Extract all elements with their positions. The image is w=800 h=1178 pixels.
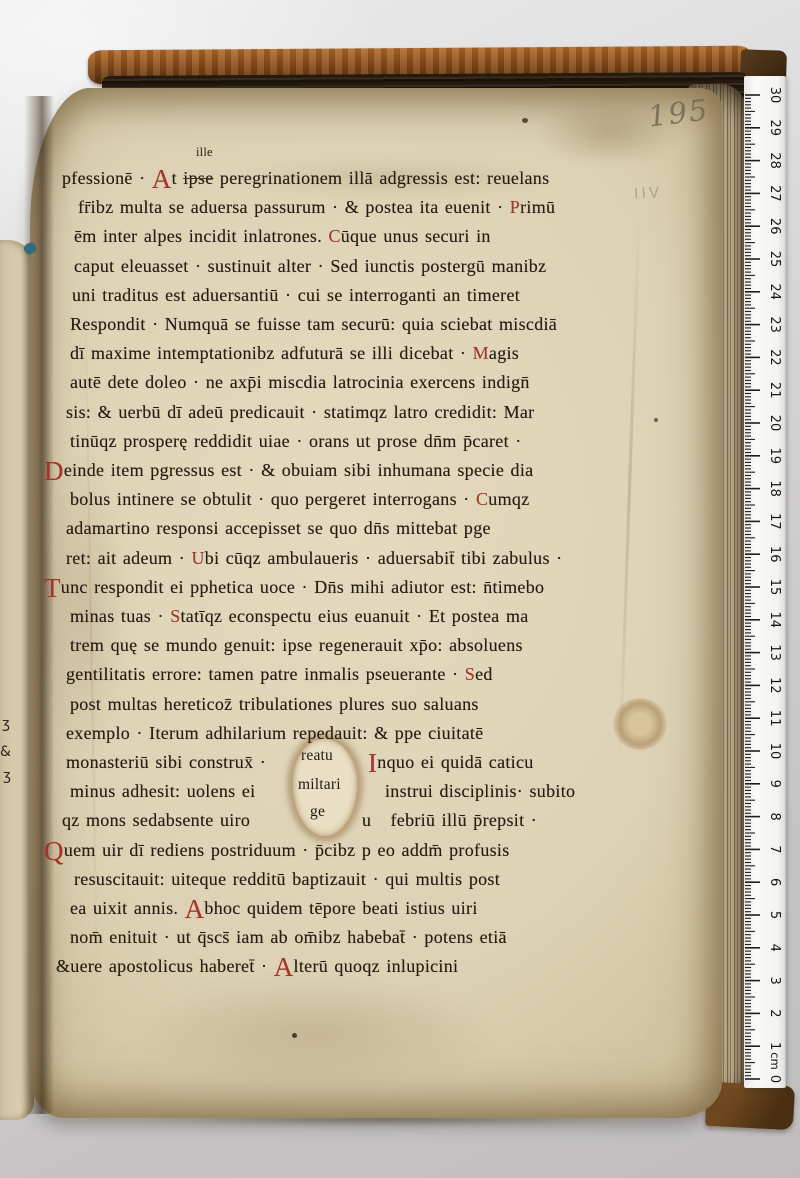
rubric-initial: A xyxy=(185,894,205,924)
svg-text:30: 30 xyxy=(767,87,782,104)
svg-text:29: 29 xyxy=(767,120,782,137)
rubric-initial: T xyxy=(44,573,61,603)
svg-text:1: 1 xyxy=(767,1042,782,1050)
line-text: caput eleuasset · sustinuit alter · Sed … xyxy=(74,256,546,276)
line-text: bolus intinere se obtulit · quo pergeret… xyxy=(70,489,476,509)
rubric-initial: S xyxy=(465,664,475,684)
manuscript-line: post multas hereticoz̄ tribulationes plu… xyxy=(70,691,479,717)
line-text: bhoc quidem tēpore beati istius uiri xyxy=(204,898,477,918)
svg-text:5: 5 xyxy=(767,911,782,919)
rubric-initial: A xyxy=(152,164,172,194)
manuscript-text: pfessionē · At ipse peregrinationem illā… xyxy=(0,0,800,1178)
line-text: tinūqz prosperę reddidit uiae · orans ut… xyxy=(70,431,522,451)
line-text: lterū quoqz inlupicini xyxy=(294,956,459,976)
manuscript-line: Deinde item pgressus est · & obuiam sibi… xyxy=(44,457,533,483)
svg-text:3: 3 xyxy=(767,976,782,984)
svg-text:2: 2 xyxy=(767,1009,782,1017)
manuscript-line: Tunc respondit ei pphetica uoce · Dn̄s m… xyxy=(44,574,544,600)
line-text: ūque unus securi in xyxy=(341,226,491,246)
line-text: unc respondit ei pphetica uoce · Dn̄s mi… xyxy=(61,577,545,597)
manuscript-line: minus adhesit: uolens ei xyxy=(70,778,255,804)
svg-text:12: 12 xyxy=(767,677,782,694)
line-text: fr̄ibz multa se aduersa passurum · & pos… xyxy=(78,197,510,217)
manuscript-line: tinūqz prosperę reddidit uiae · orans ut… xyxy=(70,428,522,454)
line-text: einde item pgressus est · & obuiam sibi … xyxy=(64,460,534,480)
rubric-initial: I xyxy=(368,748,377,778)
svg-text:22: 22 xyxy=(767,349,782,366)
manuscript-line: minas tuas · Statīqz econspectu eius eua… xyxy=(70,603,529,629)
rubric-initial: C xyxy=(476,489,488,509)
rubric-initial: U xyxy=(191,548,204,568)
manuscript-photo: reatumiltarige pfessionē · At ipse pereg… xyxy=(0,0,800,1178)
line-text: ea uixit annis. xyxy=(70,898,185,918)
manuscript-line: sis: & uerbū dī adeū predicauit · statim… xyxy=(66,399,534,425)
rubric-initial: M xyxy=(473,343,489,363)
ruler-scale: 0123456789101112131415161718192021222324… xyxy=(744,76,786,1088)
manuscript-line: trem quę se mundo genuit: ipse regenerau… xyxy=(70,632,523,658)
line-text: post multas hereticoz̄ tribulationes plu… xyxy=(70,694,479,714)
svg-text:cm: cm xyxy=(768,1052,782,1070)
svg-text:24: 24 xyxy=(767,284,782,301)
manuscript-line: Respondit · Numquā se fuisse tam securū:… xyxy=(70,311,557,337)
svg-text:6: 6 xyxy=(767,878,782,886)
svg-text:16: 16 xyxy=(767,546,782,563)
svg-text:27: 27 xyxy=(767,185,782,202)
line-text: agis xyxy=(489,343,519,363)
svg-text:13: 13 xyxy=(767,644,782,661)
svg-text:9: 9 xyxy=(767,780,782,788)
manuscript-line: Inquo ei quidā caticu xyxy=(368,749,534,775)
svg-text:26: 26 xyxy=(767,218,782,235)
svg-text:8: 8 xyxy=(767,812,782,820)
line-text: ipse xyxy=(183,168,213,188)
manuscript-line: dī maxime intemptationibz adfuturā se il… xyxy=(70,340,519,366)
rubric-initial: D xyxy=(44,456,64,486)
manuscript-line: Quem uir dī rediens postriduum · p̄cibz … xyxy=(44,837,510,863)
line-text: sis: & uerbū dī adeū predicauit · statim… xyxy=(66,402,534,422)
line-text: minas tuas · xyxy=(70,606,170,626)
svg-text:0: 0 xyxy=(767,1075,782,1083)
line-text: ed xyxy=(475,664,493,684)
line-text: resuscitauit: uiteque redditū baptizauit… xyxy=(74,869,500,889)
svg-text:4: 4 xyxy=(767,944,782,952)
line-text: pfessionē · xyxy=(62,168,152,188)
rubric-initial: A xyxy=(274,952,294,982)
manuscript-line: exemplo · Iterum adhilarium repedauit: &… xyxy=(66,720,483,746)
line-text: uem uir dī rediens postriduum · p̄cibz p… xyxy=(64,840,510,860)
manuscript-line: ēm inter alpes incidit inlatrones. Cūque… xyxy=(74,223,491,249)
manuscript-line: ret: ait adeum · Ubi cūqz ambulaueris · … xyxy=(66,545,562,571)
line-text: peregrinationem illā adgressis est: reue… xyxy=(214,168,550,188)
interlinear-correction: ille xyxy=(196,145,213,160)
manuscript-line: instrui disciplinis· subito xyxy=(385,778,575,804)
line-text: bi cūqz ambulaueris · aduersabit̄ tibi z… xyxy=(205,548,563,568)
line-text: autē dete doleo · ne axp̄i miscdia latro… xyxy=(70,372,530,392)
manuscript-line: adamartino responsi accepisset se quo dn… xyxy=(66,515,491,541)
line-text: adamartino responsi accepisset se quo dn… xyxy=(66,518,491,538)
manuscript-line: caput eleuasset · sustinuit alter · Sed … xyxy=(74,253,546,279)
line-text: ēm inter alpes incidit inlatrones. xyxy=(74,226,328,246)
line-text: u febriū illū p̄repsit · xyxy=(362,810,537,830)
manuscript-line: gentilitatis errore: tamen patre inmalis… xyxy=(66,661,493,687)
svg-text:25: 25 xyxy=(767,251,782,268)
manuscript-line: &uere apostolicus haberet̄ · Alterū quoq… xyxy=(56,953,458,979)
line-text: gentilitatis errore: tamen patre inmalis… xyxy=(66,664,465,684)
svg-text:23: 23 xyxy=(767,316,782,333)
manuscript-line: u febriū illū p̄repsit · xyxy=(362,807,537,833)
measurement-ruler: 0123456789101112131415161718192021222324… xyxy=(744,76,786,1088)
svg-text:17: 17 xyxy=(767,513,782,530)
line-text: ret: ait adeum · xyxy=(66,548,191,568)
svg-text:21: 21 xyxy=(767,382,782,399)
manuscript-line: nom̄ enituit · ut q̄scs̄ iam ab om̄ibz h… xyxy=(70,924,507,950)
svg-text:28: 28 xyxy=(767,152,782,169)
line-text: dī maxime intemptationibz adfuturā se il… xyxy=(70,343,473,363)
manuscript-line: pfessionē · At ipse peregrinationem illā… xyxy=(62,165,549,191)
line-text: nquo ei quidā caticu xyxy=(377,752,533,772)
svg-text:18: 18 xyxy=(767,480,782,497)
svg-text:7: 7 xyxy=(767,845,782,853)
line-text: tatīqz econspectu eius euanuit · Et post… xyxy=(181,606,529,626)
line-text: minus adhesit: uolens ei xyxy=(70,781,255,801)
line-text: trem quę se mundo genuit: ipse regenerau… xyxy=(70,635,523,655)
line-text: instrui disciplinis· subito xyxy=(385,781,575,801)
manuscript-line: monasteriū sibi construx̄ · xyxy=(66,749,266,775)
manuscript-line: qz mons sedabsente uiro xyxy=(62,807,250,833)
manuscript-line: uni traditus est aduersantiū · cui se in… xyxy=(72,282,520,308)
line-text: nom̄ enituit · ut q̄scs̄ iam ab om̄ibz h… xyxy=(70,927,507,947)
manuscript-line: fr̄ibz multa se aduersa passurum · & pos… xyxy=(78,194,555,220)
svg-text:10: 10 xyxy=(767,743,782,760)
manuscript-line: bolus intinere se obtulit · quo pergeret… xyxy=(70,486,530,512)
manuscript-line: autē dete doleo · ne axp̄i miscdia latro… xyxy=(70,369,530,395)
line-text: rimū xyxy=(520,197,555,217)
svg-text:14: 14 xyxy=(767,612,782,629)
svg-text:15: 15 xyxy=(767,579,782,596)
rubric-initial: Q xyxy=(44,836,64,866)
line-text: qz mons sedabsente uiro xyxy=(62,810,250,830)
line-text: monasteriū sibi construx̄ · xyxy=(66,752,266,772)
svg-text:20: 20 xyxy=(767,415,782,432)
manuscript-line: ea uixit annis. Abhoc quidem tēpore beat… xyxy=(70,895,478,921)
line-text: umqz xyxy=(488,489,529,509)
rubric-initial: C xyxy=(328,226,340,246)
rubric-initial: S xyxy=(170,606,180,626)
rubric-initial: P xyxy=(510,197,520,217)
line-text: Respondit · Numquā se fuisse tam securū:… xyxy=(70,314,557,334)
line-text: &uere apostolicus haberet̄ · xyxy=(56,956,274,976)
line-text: uni traditus est aduersantiū · cui se in… xyxy=(72,285,520,305)
line-text: t xyxy=(172,168,184,188)
svg-text:11: 11 xyxy=(767,710,782,727)
svg-text:19: 19 xyxy=(767,448,782,465)
manuscript-line: resuscitauit: uiteque redditū baptizauit… xyxy=(74,866,500,892)
line-text: exemplo · Iterum adhilarium repedauit: &… xyxy=(66,723,483,743)
show-through-mark: IIV xyxy=(634,183,663,202)
